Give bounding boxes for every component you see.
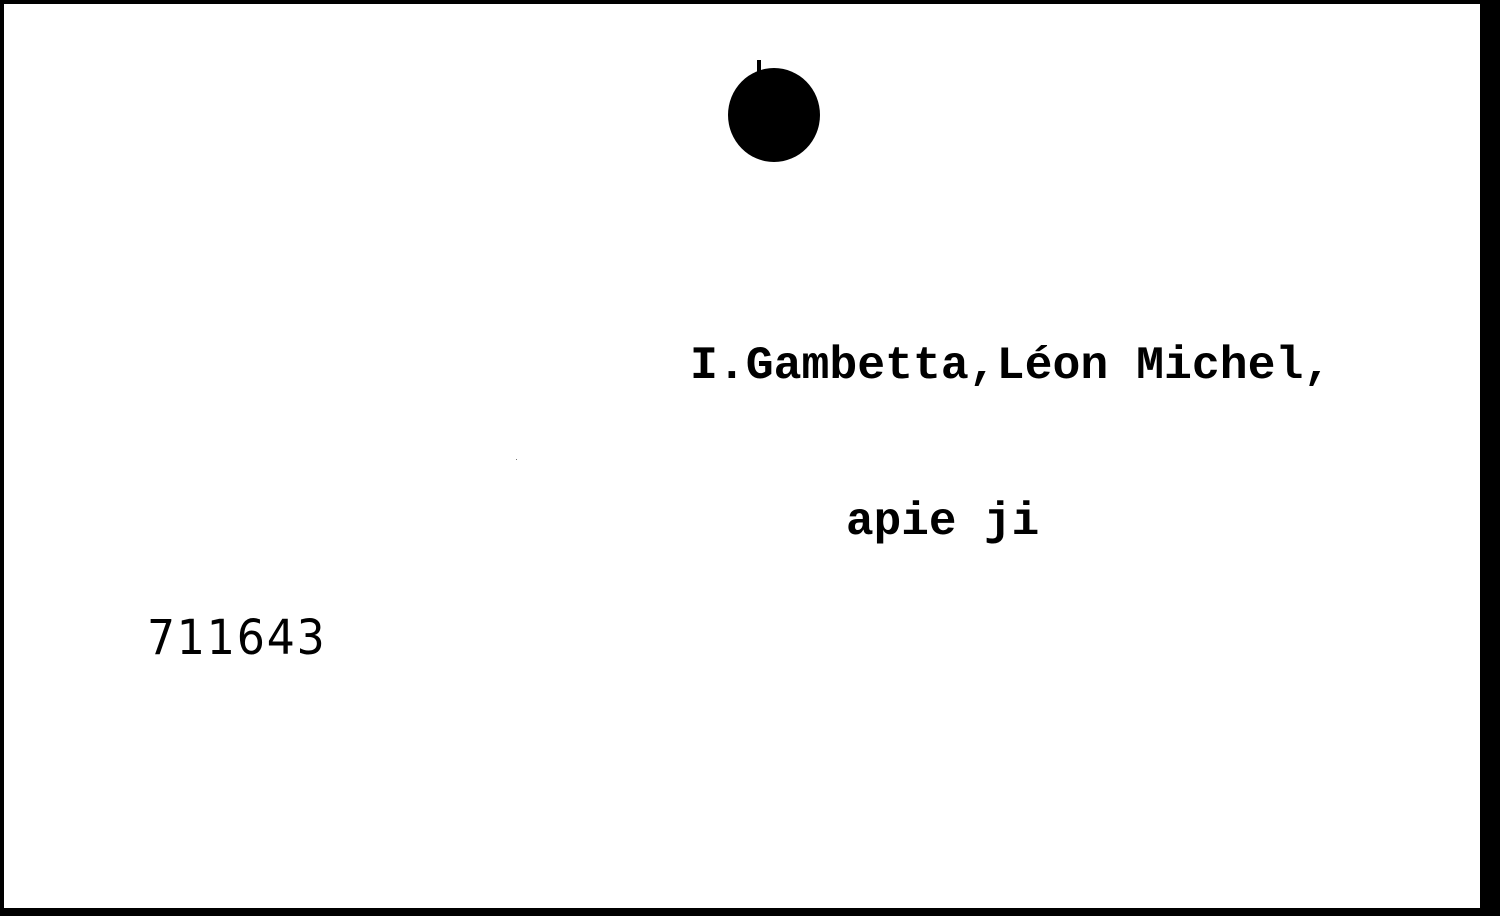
heading-name-line: I.Gambetta,Léon Michel, xyxy=(690,340,1331,392)
catalog-number: 711643 xyxy=(147,610,327,666)
punch-hole xyxy=(728,68,820,162)
scan-speck xyxy=(516,459,517,460)
heading-subject-line: apie ji xyxy=(690,496,1325,548)
index-card: I.Gambetta,Léon Michel, apie ji 711643 xyxy=(4,4,1488,910)
card-heading: I.Gambetta,Léon Michel, apie ji xyxy=(690,236,1325,652)
